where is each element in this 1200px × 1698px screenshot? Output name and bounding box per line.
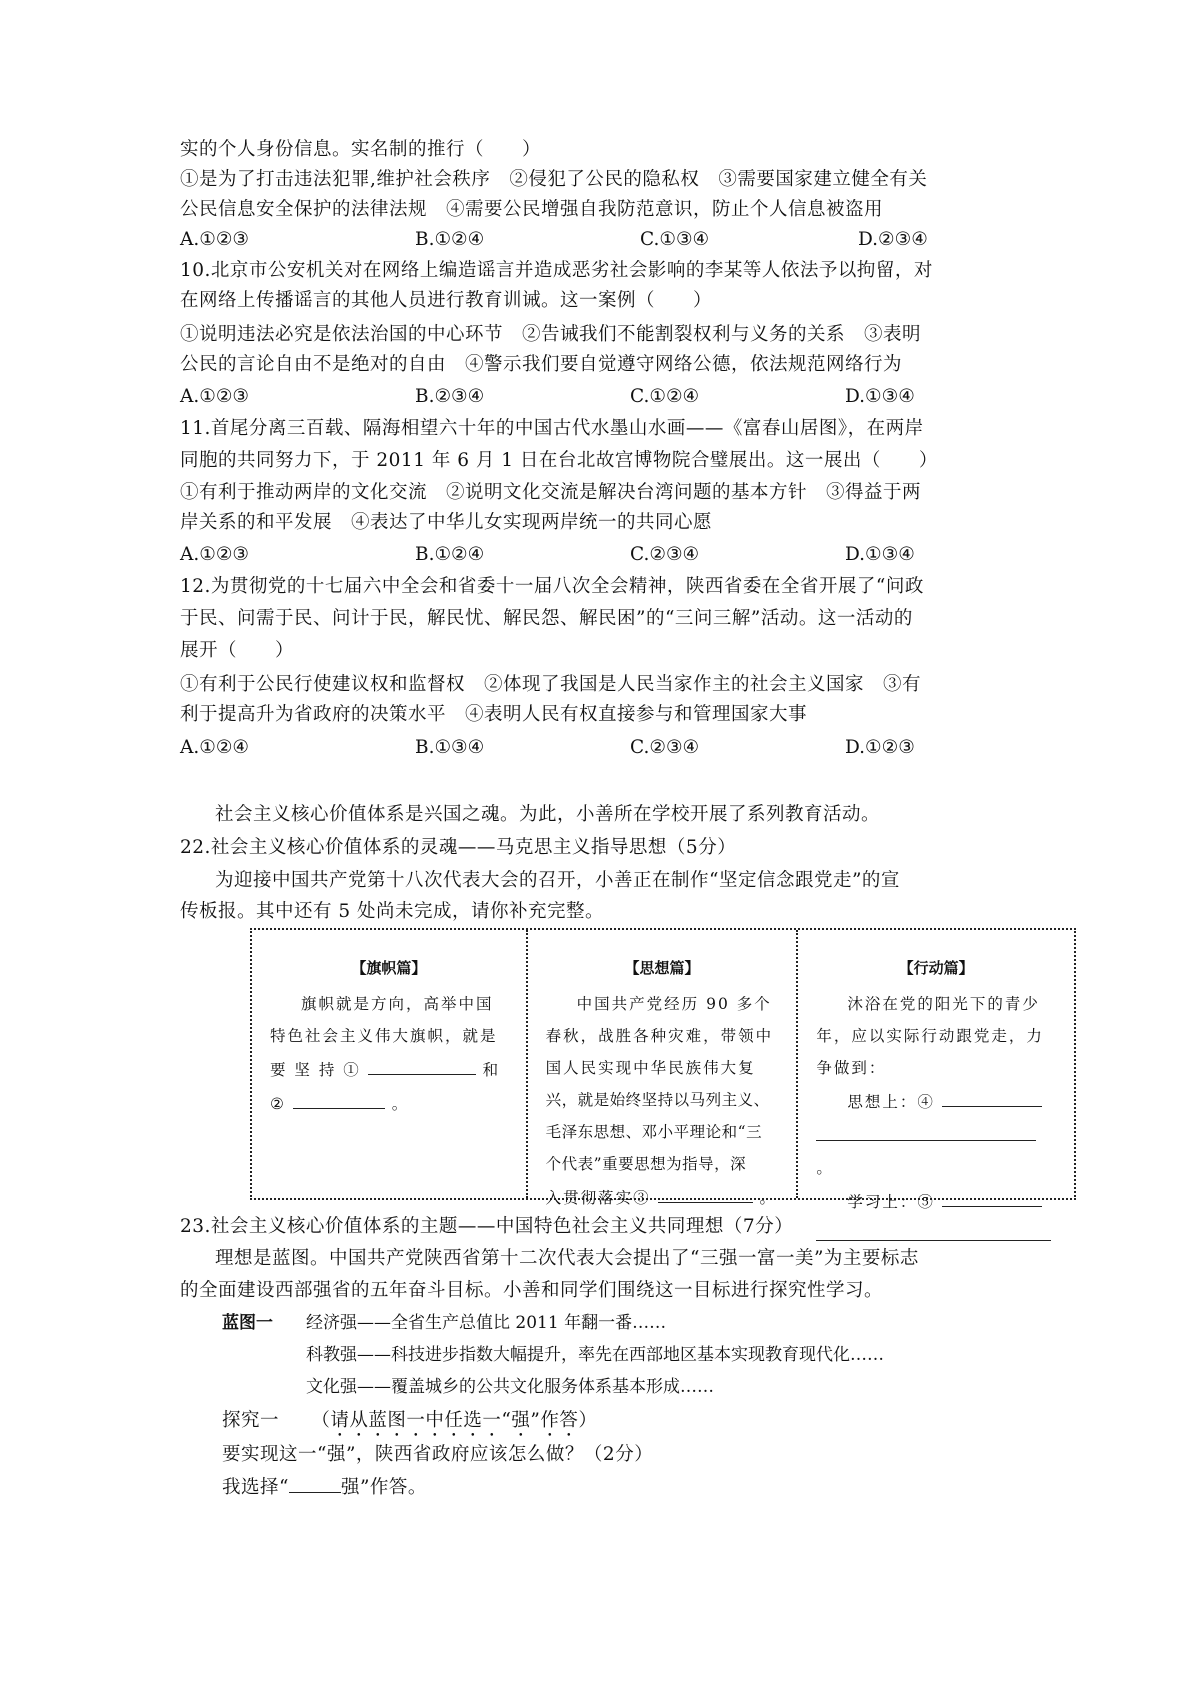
action-section: 【行动篇】 沐浴在党的阳光下的青少 年，应以实际行动跟党走，力 争做到： 思想上… xyxy=(796,930,1074,1198)
blank-3-label: 入贯彻落实③ xyxy=(546,1189,651,1207)
blank-3-input[interactable] xyxy=(658,1180,753,1203)
explore-note: 请从蓝图一中任选一“强”作答 xyxy=(330,1410,578,1431)
q9-statements-2: 公民信息安全保护的法律法规 ④需要公民增强自我防范意识，防止个人信息被盗用 xyxy=(180,195,883,225)
flag-text-3: 要 坚 持 ① 和 xyxy=(270,1052,508,1086)
q9-stem: 实的个人身份信息。实名制的推行（ ） xyxy=(180,135,541,165)
q12-statements-1: ①有利于公民行使建议权和监督权 ②体现了我国是人民当家作主的社会主义国家 ③有 xyxy=(180,670,921,700)
blank-4-input[interactable] xyxy=(942,1084,1042,1107)
q11-option-d: D.①③④ xyxy=(845,540,915,570)
explore-note-open: （ xyxy=(311,1410,330,1431)
thought-section-title: 【思想篇】 xyxy=(546,952,779,984)
q23-desc-2: 的全面建设西部强省的五年奋斗目标。小善和同学们围绕这一目标进行探究性学习。 xyxy=(180,1276,883,1306)
q11-stem-1: 11.首尾分离三百载、隔海相望六十年的中国古代水墨山水画——《富春山居图》，在两… xyxy=(180,414,924,444)
thought-text-4: 兴，就是始终坚持以马列主义、 xyxy=(546,1084,779,1116)
q10-statements-2: 公民的言论自由不是绝对的自由 ④警示我们要自觉遵守网络公德，依法规范网络行为 xyxy=(180,350,902,380)
thought-text-6: 个代表”重要思想为指导，深 xyxy=(546,1148,779,1180)
q22-title: 22.社会主义核心价值体系的灵魂——马克思主义指导思想（5分） xyxy=(180,833,736,863)
blueprint-item-education: 科教强——科技进步指数大幅提升，率先在西部地区基本实现教育现代化…… xyxy=(306,1340,884,1370)
q22-desc-1: 为迎接中国共产党第十八次代表大会的召开，小善正在制作“坚定信念跟党走”的宣 xyxy=(215,866,900,896)
answer-prefix: 我选择“ xyxy=(222,1477,289,1498)
thought-text-3: 国人民实现中华民族伟大复 xyxy=(546,1052,779,1084)
q10-option-c: C.①②④ xyxy=(630,382,699,412)
explore-question: 要实现这一“强”，陕西省政府应该怎么做？（2分） xyxy=(222,1440,653,1470)
blank-1-label: 要 坚 持 ① xyxy=(270,1061,361,1079)
q9-option-d: D.②③④ xyxy=(858,225,928,255)
action-text-4: 思想上：④ xyxy=(816,1084,1056,1118)
q9-option-c: C.①③④ xyxy=(640,225,709,255)
q12-stem-1: 12.为贯彻党的十七届六中全会和省委十一届八次全会精神，陕西省委在全省开展了“问… xyxy=(180,572,924,602)
action-text-3: 争做到： xyxy=(816,1052,1056,1084)
connector-and: 和 xyxy=(483,1061,501,1079)
blank-4-input-cont[interactable] xyxy=(816,1118,1036,1141)
q10-statements-1: ①说明违法必究是依法治国的中心环节 ②告诫我们不能割裂权利与义务的关系 ③表明 xyxy=(180,320,921,350)
action-text-1: 沐浴在党的阳光下的青少 xyxy=(816,988,1056,1020)
q12-option-d: D.①②③ xyxy=(845,733,915,763)
blackboard-newspaper: 【旗帜篇】 旗帜就是方向，高举中国 特色社会主义伟大旗帜，就是 要 坚 持 ① … xyxy=(250,928,1076,1200)
q12-option-c: C.②③④ xyxy=(630,733,699,763)
blank-5-input[interactable] xyxy=(942,1184,1042,1207)
q11-option-c: C.②③④ xyxy=(630,540,699,570)
flag-text-1: 旗帜就是方向，高举中国 xyxy=(270,988,508,1020)
q23-title: 23.社会主义核心价值体系的主题——中国特色社会主义共同理想（7分） xyxy=(180,1212,793,1242)
q23-desc-1: 理想是蓝图。中国共产党陕西省第十二次代表大会提出了“三强一富一美”为主要标志 xyxy=(215,1244,919,1274)
blank-4-label: 思想上：④ xyxy=(847,1093,935,1111)
blank-1-input[interactable] xyxy=(368,1052,476,1075)
q12-stem-2: 于民、问需于民、问计于民，解民忧、解民怨、解民困”的“三问三解”活动。这一活动的 xyxy=(180,604,913,634)
thought-text-1: 中国共产党经历 90 多个 xyxy=(546,988,779,1020)
q10-option-a: A.①②③ xyxy=(180,382,249,412)
q12-stem-3: 展开（ ） xyxy=(180,636,294,666)
blueprint-label: 蓝图一 xyxy=(222,1308,273,1338)
q11-option-a: A.①②③ xyxy=(180,540,249,570)
strength-choice-input[interactable] xyxy=(289,1472,341,1493)
exam-page: 实的个人身份信息。实名制的推行（ ） ①是为了打击违法犯罪,维护社会秩序 ②侵犯… xyxy=(0,0,1200,1698)
action-text-2: 年，应以实际行动跟党走，力 xyxy=(816,1020,1056,1052)
explore-one: 探究一 （请从蓝图一中任选一“强”作答） xyxy=(222,1406,597,1441)
explore-note-close: ） xyxy=(578,1410,597,1431)
q9-statements-1: ①是为了打击违法犯罪,维护社会秩序 ②侵犯了公民的隐私权 ③需要国家建立健全有关 xyxy=(180,165,927,195)
q10-stem-1: 10.北京市公安机关对在网络上编造谣言并造成恶劣社会影响的李某等人依法予以拘留，… xyxy=(180,256,933,286)
q10-option-d: D.①③④ xyxy=(845,382,915,412)
blueprint-item-economy: 经济强——全省生产总值比 2011 年翻一番…… xyxy=(306,1308,666,1338)
thought-text-7: 入贯彻落实③ 。 xyxy=(546,1180,779,1214)
action-text-5: 。 xyxy=(816,1118,1056,1184)
period: 。 xyxy=(392,1095,410,1113)
thought-section: 【思想篇】 中国共产党经历 90 多个 春秋，战胜各种灾难，带领中 国人民实现中… xyxy=(526,930,797,1198)
blank-5-input-cont[interactable] xyxy=(816,1218,1051,1241)
q10-stem-2: 在网络上传播谣言的其他人员进行教育训诫。这一案例（ ） xyxy=(180,286,712,316)
answer-suffix: 强”作答。 xyxy=(341,1477,427,1498)
period: 。 xyxy=(760,1189,778,1207)
flag-section-title: 【旗帜篇】 xyxy=(270,952,508,984)
q9-option-a: A.①②③ xyxy=(180,225,249,255)
q10-option-b: B.②③④ xyxy=(415,382,484,412)
action-section-title: 【行动篇】 xyxy=(816,952,1056,984)
flag-section: 【旗帜篇】 旗帜就是方向，高举中国 特色社会主义伟大旗帜，就是 要 坚 持 ① … xyxy=(252,930,526,1198)
blueprint-item-culture: 文化强——覆盖城乡的公共文化服务体系基本形成…… xyxy=(306,1372,714,1402)
answer-line: 我选择“强”作答。 xyxy=(222,1472,427,1503)
q11-option-b: B.①②④ xyxy=(415,540,484,570)
thought-text-2: 春秋，战胜各种灾难，带领中 xyxy=(546,1020,779,1052)
blank-5-label: 学习上：⑤ xyxy=(847,1193,935,1211)
q22-desc-2: 传板报。其中还有 5 处尚未完成，请你补充完整。 xyxy=(180,897,604,927)
q9-option-b: B.①②④ xyxy=(415,225,484,255)
period: 。 xyxy=(816,1159,834,1177)
flag-text-2: 特色社会主义伟大旗帜，就是 xyxy=(270,1020,508,1052)
action-text-6: 学习上：⑤ xyxy=(816,1184,1056,1218)
q11-statements-1: ①有利于推动两岸的文化交流 ②说明文化交流是解决台湾问题的基本方针 ③得益于两 xyxy=(180,478,921,508)
q11-statements-2: 岸关系的和平发展 ④表达了中华儿女实现两岸统一的共同心愿 xyxy=(180,508,712,538)
thought-text-5: 毛泽东思想、邓小平理论和“三 xyxy=(546,1116,779,1148)
blank-2-input[interactable] xyxy=(293,1086,385,1109)
q12-option-a: A.①②④ xyxy=(180,733,249,763)
q12-option-b: B.①③④ xyxy=(415,733,484,763)
explore-label: 探究一 xyxy=(222,1410,279,1431)
q11-stem-2: 同胞的共同努力下，于 2011 年 6 月 1 日在台北故宫博物院合璧展出。这一… xyxy=(180,446,938,476)
blank-2-label: ② xyxy=(270,1095,286,1113)
section-intro: 社会主义核心价值体系是兴国之魂。为此，小善所在学校开展了系列教育活动。 xyxy=(215,800,880,830)
blueprint-one-label: 蓝图一 xyxy=(222,1313,273,1333)
flag-text-4: ② 。 xyxy=(270,1086,508,1120)
q12-statements-2: 利于提高升为省政府的决策水平 ④表明人民有权直接参与和管理国家大事 xyxy=(180,700,807,730)
